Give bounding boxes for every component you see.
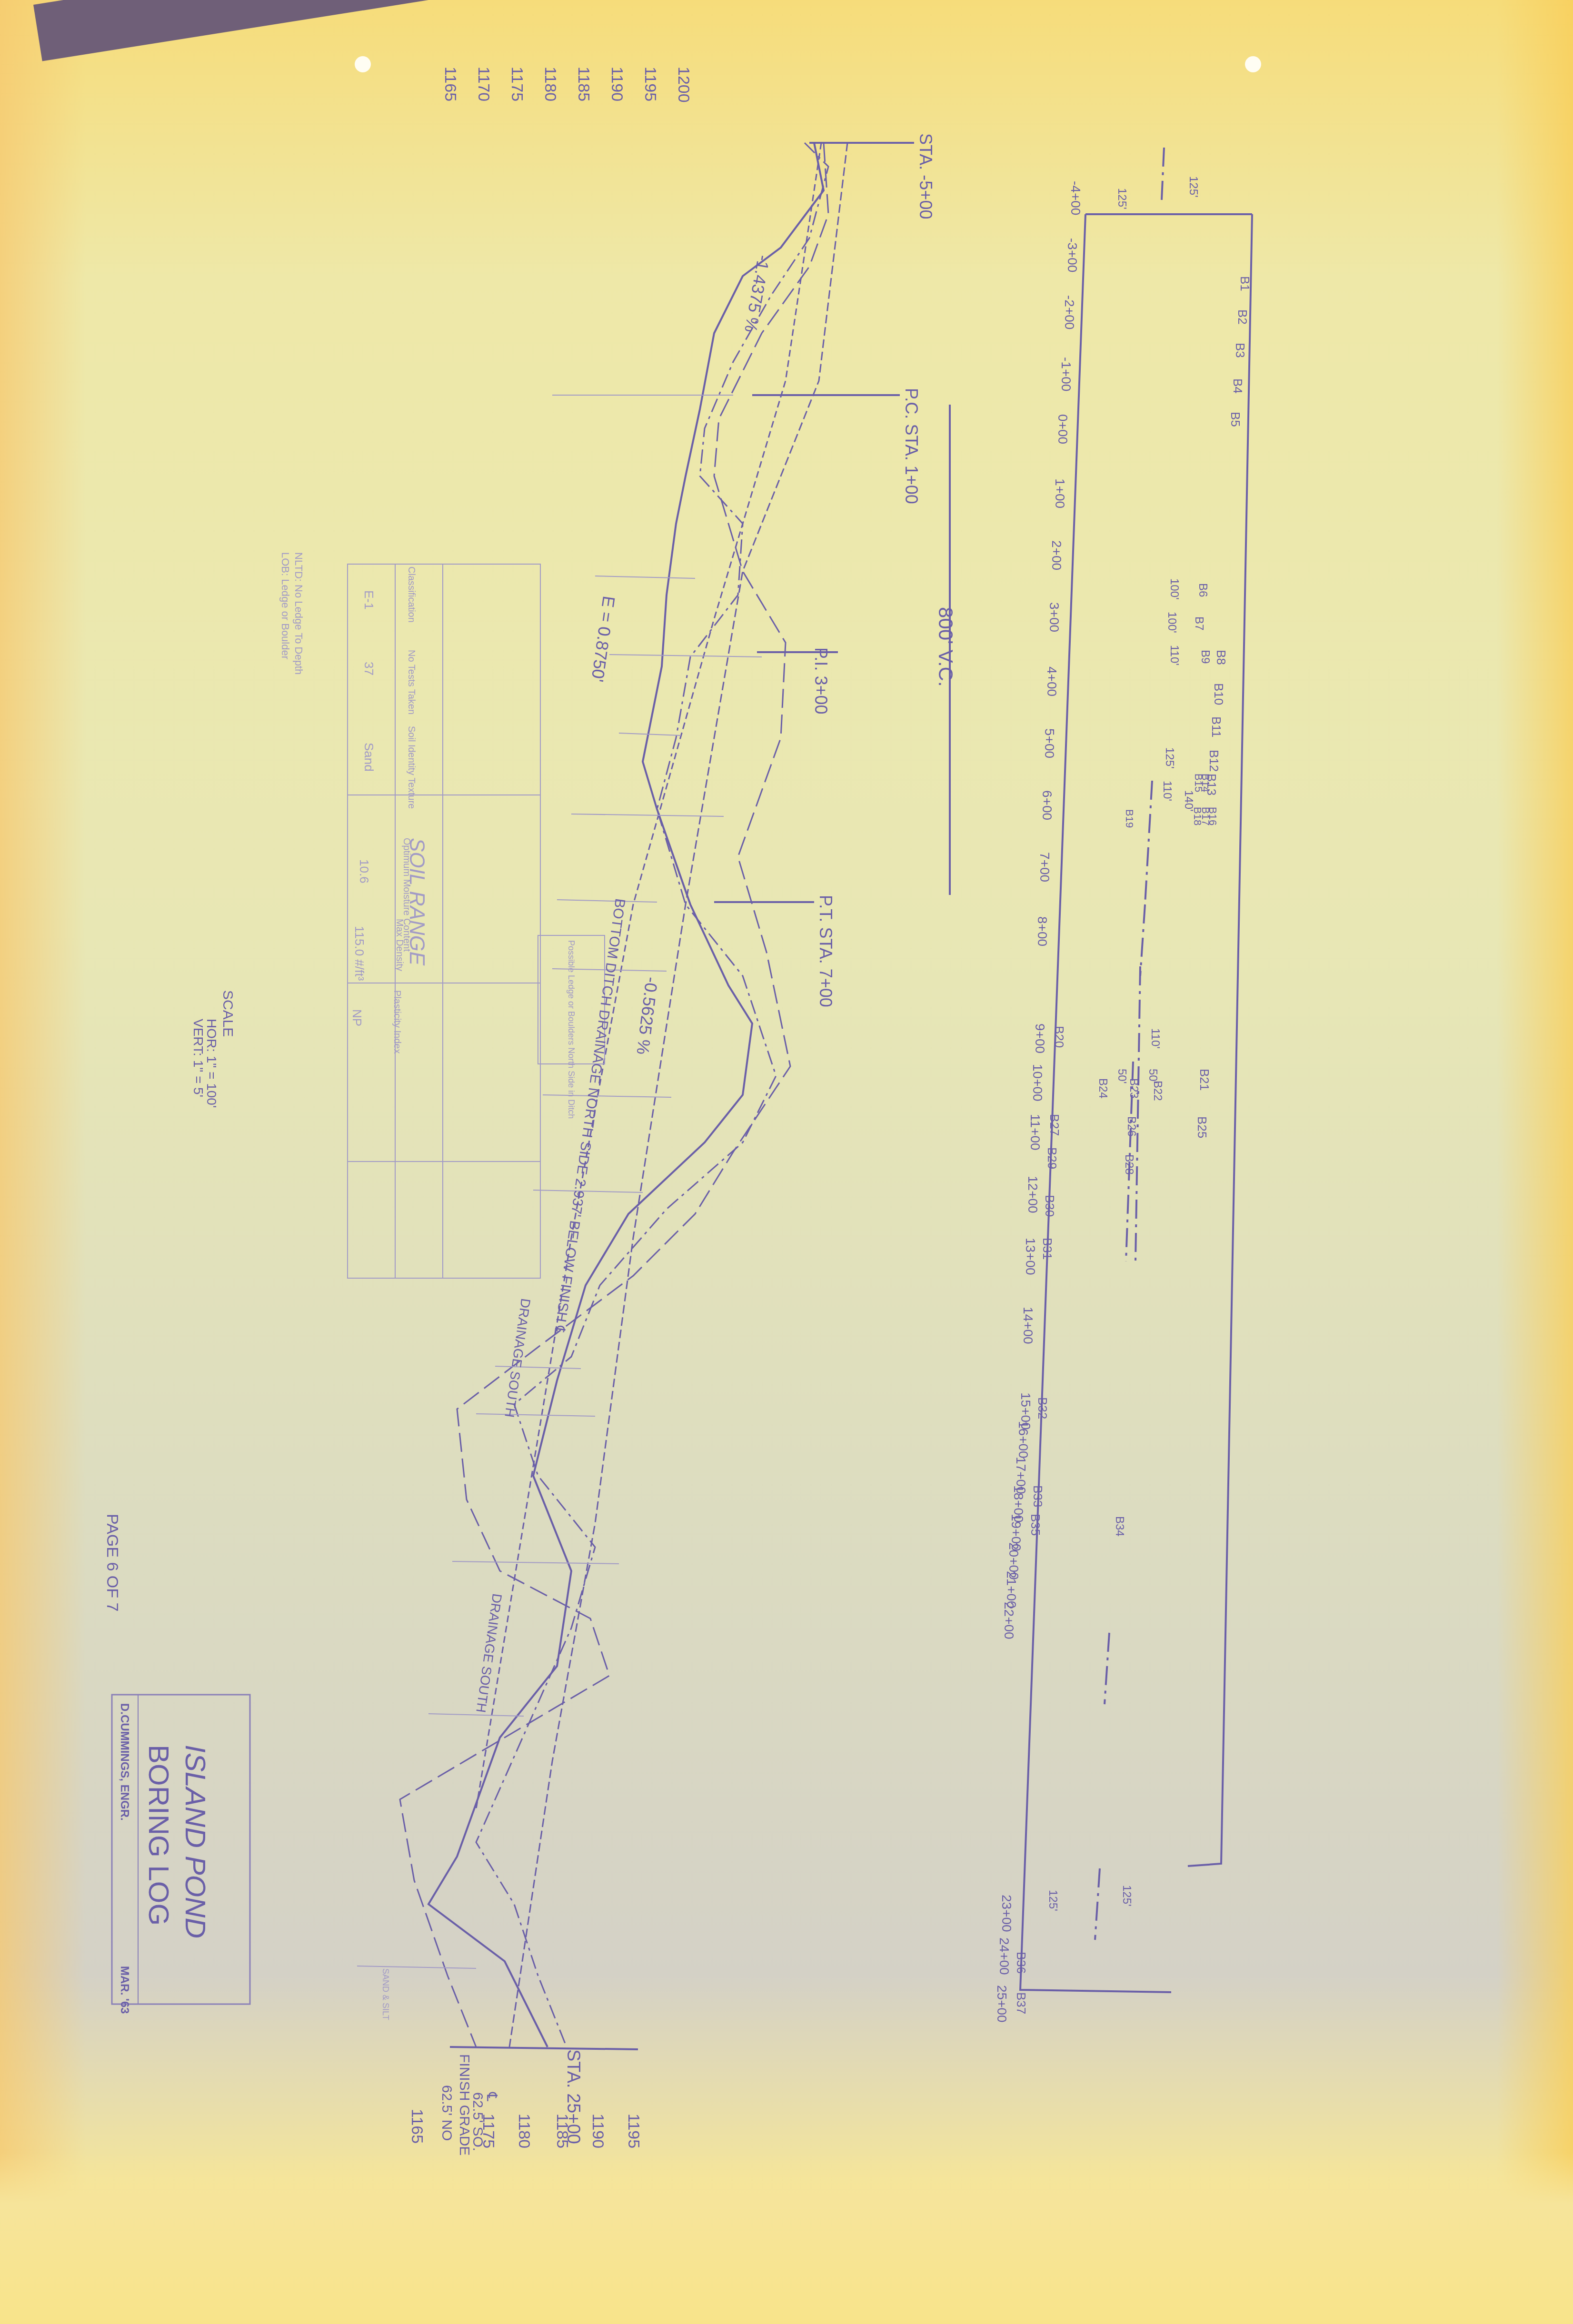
offset-label: 50' — [1146, 1069, 1159, 1083]
elev-tick-1185: 1185 — [574, 67, 593, 101]
elev-tick-1180: 1180 — [541, 67, 559, 101]
boring-label: B36 — [1014, 1952, 1028, 1974]
nltd-note-line2: LOB: Ledge or Boulder — [279, 552, 291, 659]
station-pt-label: P.T. STA. 7+00 — [816, 895, 836, 1007]
offset-label: 125' — [1186, 176, 1200, 198]
boring-label: B1 — [1237, 276, 1252, 291]
plan-station: 6+00 — [1039, 790, 1055, 820]
boring-label: B8 — [1214, 650, 1228, 665]
title-subtitle: BORING LOG — [142, 1745, 175, 1926]
station-start-label: STA. -5+00 — [916, 133, 936, 219]
boring-label: B31 — [1040, 1238, 1055, 1260]
nltd-note-line1: NLTD: No Ledge To Depth — [292, 552, 305, 675]
station-end-label: STA. 25+00 — [563, 2049, 583, 2144]
boring-label: B24 — [1096, 1078, 1109, 1099]
soil-col-classification: Classification — [406, 566, 417, 623]
offset-label: 140' — [1182, 790, 1195, 812]
offset-label: 125' — [1046, 1890, 1059, 1911]
station-pi-label: P.I. 3+00 — [811, 647, 831, 714]
offset-label: 110' — [1160, 781, 1174, 801]
offset-label: 110' — [1167, 645, 1181, 665]
boring-label: B9 — [1198, 650, 1212, 664]
sta-end-line — [450, 2047, 638, 2049]
plan-station: 10+00 — [1030, 1064, 1045, 1102]
plan-station: 14+00 — [1020, 1307, 1035, 1344]
elev-tick-1175: 1175 — [508, 67, 526, 101]
plan-station: 24+00 — [996, 1937, 1012, 1975]
boring-label: B11 — [1209, 716, 1224, 737]
boring-label: B21 — [1197, 1069, 1212, 1091]
vertical-curve-label: 800' V.C. — [934, 607, 957, 687]
plan-station: 2+00 — [1049, 540, 1064, 570]
plan-station: 13+00 — [1023, 1238, 1038, 1275]
plan-station: 5+00 — [1042, 728, 1057, 758]
boring-label: B20 — [1052, 1026, 1066, 1048]
plan-station: 1+00 — [1052, 478, 1067, 508]
boring-label: B27 — [1047, 1114, 1062, 1136]
soil-col-identity: Soil Identity Texture — [406, 726, 417, 809]
boring-label: B37 — [1014, 1992, 1028, 2014]
plan-station: 0+00 — [1055, 414, 1070, 444]
offset-label: 125' — [1163, 747, 1176, 769]
plan-station: 9+00 — [1032, 1023, 1047, 1053]
boring-label: B34 — [1113, 1516, 1126, 1537]
boring-label: B15 — [1192, 774, 1205, 792]
scale-vertical: VERT: 1" = 5' — [190, 1019, 206, 1097]
offset-label: 125' — [1120, 1885, 1133, 1907]
plan-station: 12+00 — [1025, 1176, 1040, 1213]
boring-label: B3 — [1233, 343, 1247, 358]
plan-station: 7+00 — [1037, 852, 1052, 882]
boring-label: B2 — [1235, 309, 1250, 325]
boring-label: B23 — [1127, 1078, 1140, 1099]
boring-label: B7 — [1192, 616, 1205, 630]
elev-tick-1170: 1170 — [474, 67, 493, 101]
boring-label: B5 — [1228, 412, 1243, 427]
sand-silt-tag: SAND & SILT — [380, 1968, 390, 2020]
elev-tick-bottom-1165: 1165 — [408, 2109, 426, 2144]
boring-label: B26 — [1125, 1116, 1138, 1137]
elev-tick-bottom-1180: 1180 — [515, 2114, 533, 2148]
offset-no-label: 62.5' NO — [438, 2085, 455, 2141]
offset-label: 125' — [1115, 188, 1128, 209]
boring-label: B4 — [1230, 378, 1245, 394]
centerline-symbol: ℄ — [483, 2092, 500, 2101]
plan-station: 16+00 — [1015, 1421, 1031, 1459]
station-pc-label: P.C. STA. 1+00 — [901, 388, 921, 504]
title-date: MAR. '63 — [118, 1966, 131, 2014]
offset-label: 100' — [1167, 578, 1181, 600]
soil-val-tests: 37 — [361, 662, 376, 675]
plan-station: 8+00 — [1035, 916, 1050, 946]
soil-col-density: Max Density — [394, 919, 405, 971]
soil-val-identity: Sand — [361, 743, 376, 772]
boring-label: B19 — [1123, 809, 1135, 828]
boring-label: B32 — [1035, 1397, 1050, 1419]
soil-val-moisture: 10.6 — [357, 859, 371, 884]
soil-val-density: 115.0 #/ft³ — [352, 926, 367, 981]
title-engineer: D.CUMMINGS, ENGR. — [118, 1703, 131, 1821]
offset-label: 100' — [1165, 612, 1178, 633]
elev-tick-bottom-1195: 1195 — [624, 2114, 643, 2148]
plan-station: 22+00 — [1001, 1602, 1016, 1639]
boring-label: B25 — [1195, 1116, 1209, 1138]
boring-label: B22 — [1151, 1081, 1164, 1101]
plan-station: -4+00 — [1068, 181, 1083, 215]
scale-heading: SCALE — [219, 990, 236, 1037]
elev-tick-1190: 1190 — [607, 67, 626, 101]
plan-station: -3+00 — [1065, 238, 1080, 272]
boring-label: B28 — [1122, 1154, 1135, 1175]
boring-label: B33 — [1030, 1485, 1045, 1507]
plan-station: 4+00 — [1044, 666, 1059, 696]
boring-label: B30 — [1042, 1195, 1057, 1217]
title-project: ISLAND POND — [179, 1745, 212, 1938]
boring-label: B6 — [1196, 583, 1209, 597]
elev-tick-1195: 1195 — [641, 67, 659, 101]
elev-tick-bottom-1190: 1190 — [588, 2114, 607, 2148]
plan-north-line — [1188, 214, 1252, 1866]
drawing-linework — [0, 0, 1573, 2324]
plan-station: 25+00 — [994, 1985, 1009, 2023]
plan-station: 23+00 — [999, 1895, 1014, 1932]
elev-tick-1200: 1200 — [674, 67, 693, 103]
elev-tick-1165: 1165 — [441, 67, 459, 101]
drawing-sheet: 1165 1170 1175 1180 1185 1190 1195 1200 … — [0, 0, 1573, 2324]
plan-station: -1+00 — [1058, 357, 1074, 391]
boring-label: B29 — [1045, 1147, 1059, 1169]
soil-val-classification: E-1 — [361, 590, 376, 609]
plan-station: -2+00 — [1062, 295, 1077, 329]
offset-label: 110' — [1148, 1028, 1162, 1049]
soil-col-tests: No Tests Taken — [406, 650, 417, 715]
boring-label: B12 — [1206, 750, 1221, 772]
plan-station: 11+00 — [1027, 1114, 1043, 1151]
page-number: PAGE 6 OF 7 — [103, 1514, 121, 1611]
plan-station: 3+00 — [1046, 602, 1062, 632]
soil-col-plasticity: Plasticity Index — [391, 990, 402, 1053]
boring-label: B35 — [1028, 1514, 1043, 1536]
soil-val-plasticity: NP — [349, 1009, 364, 1026]
boring-label: B10 — [1211, 683, 1226, 705]
scale-horizontal: HOR: 1" = 100' — [204, 1019, 219, 1108]
offset-label: 50' — [1115, 1069, 1128, 1083]
ledge-note: Possible Ledge or Boulders North Side in… — [566, 940, 576, 1119]
finish-grade-label: FINISH GRADE — [456, 2054, 472, 2155]
